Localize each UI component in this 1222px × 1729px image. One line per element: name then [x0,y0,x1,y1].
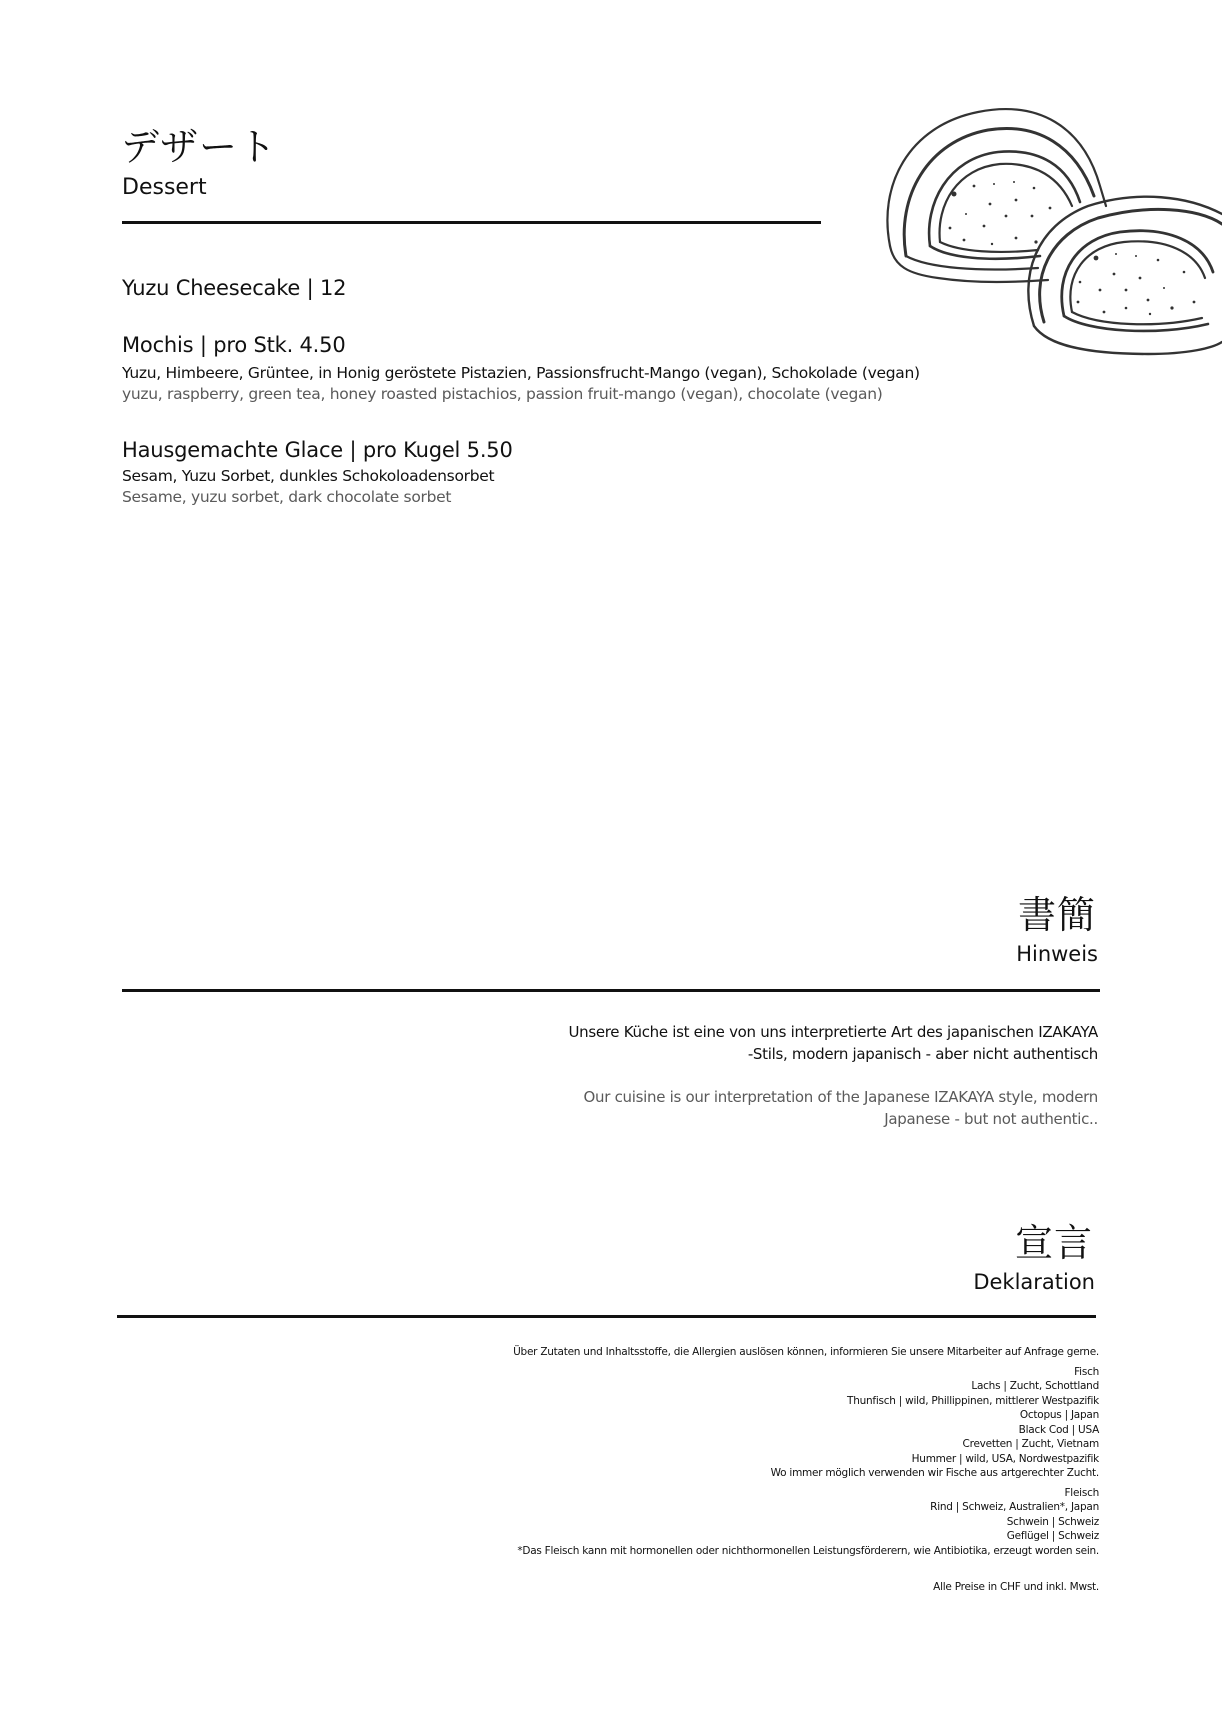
dessert-title: Dessert [122,174,207,202]
section-divider [122,989,1100,992]
dessert-title-japanese: デザート [121,124,277,170]
price-note: Alle Preise in CHF und inkl. Mwst. [513,1580,1099,1595]
menu-item-title: Hausgemachte Glace | pro Kugel 5.50 [122,437,513,463]
meat-heading: Fleisch [513,1486,1099,1501]
deklaration-text: Über Zutaten und Inhaltsstoffe, die Alle… [513,1345,1099,1595]
menu-item-description-de: Yuzu, Himbeere, Grüntee, in Honig geröst… [122,363,920,383]
fish-note: Wo immer möglich verwenden wir Fische au… [513,1466,1099,1481]
meat-origin: Geflügel | Schweiz [513,1529,1099,1544]
fish-origin: Black Cod | USA [513,1423,1099,1438]
fish-origin: Crevetten | Zucht, Vietnam [513,1437,1099,1452]
menu-item-description-en: Sesame, yuzu sorbet, dark chocolate sorb… [122,487,451,507]
meat-origin: Schwein | Schweiz [513,1515,1099,1530]
hinweis-title-japanese: 書簡 [1018,892,1096,938]
meat-origin: Rind | Schweiz, Australien*, Japan [513,1500,1099,1515]
section-divider [122,221,821,224]
text-line: Our cuisine is our interpretation of the… [538,1087,1098,1109]
menu-item-description-de: Sesam, Yuzu Sorbet, dunkles Schokoloaden… [122,466,494,486]
allergen-note: Über Zutaten und Inhaltsstoffe, die Alle… [513,1345,1099,1360]
meat-note: *Das Fleisch kann mit hormonellen oder n… [513,1544,1099,1559]
menu-item-description-en: yuzu, raspberry, green tea, honey roaste… [122,384,883,404]
hinweis-text-de: Unsere Küche ist eine von uns interpreti… [538,1022,1098,1065]
hinweis-title: Hinweis [1016,941,1098,967]
hinweis-text: Unsere Küche ist eine von uns interpreti… [538,1022,1098,1130]
menu-item-title: Yuzu Cheesecake | 12 [122,275,346,301]
fish-origin: Hummer | wild, USA, Nordwestpazifik [513,1452,1099,1467]
text-line: -Stils, modern japanisch - aber nicht au… [538,1044,1098,1066]
deklaration-title: Deklaration [973,1269,1095,1295]
text-line: Japanese - but not authentic.. [538,1109,1098,1131]
section-divider [117,1315,1096,1318]
deklaration-title-japanese: 宣言 [1015,1220,1093,1266]
text-line: Unsere Küche ist eine von uns interpreti… [538,1022,1098,1044]
mochi-illustration-icon [868,96,1222,358]
fish-origin: Lachs | Zucht, Schottland [513,1379,1099,1394]
fish-origin: Thunfisch | wild, Phillippinen, mittlere… [513,1394,1099,1409]
hinweis-text-en: Our cuisine is our interpretation of the… [538,1087,1098,1130]
menu-item-title: Mochis | pro Stk. 4.50 [122,332,345,358]
fish-heading: Fisch [513,1365,1099,1380]
fish-origin: Octopus | Japan [513,1408,1099,1423]
